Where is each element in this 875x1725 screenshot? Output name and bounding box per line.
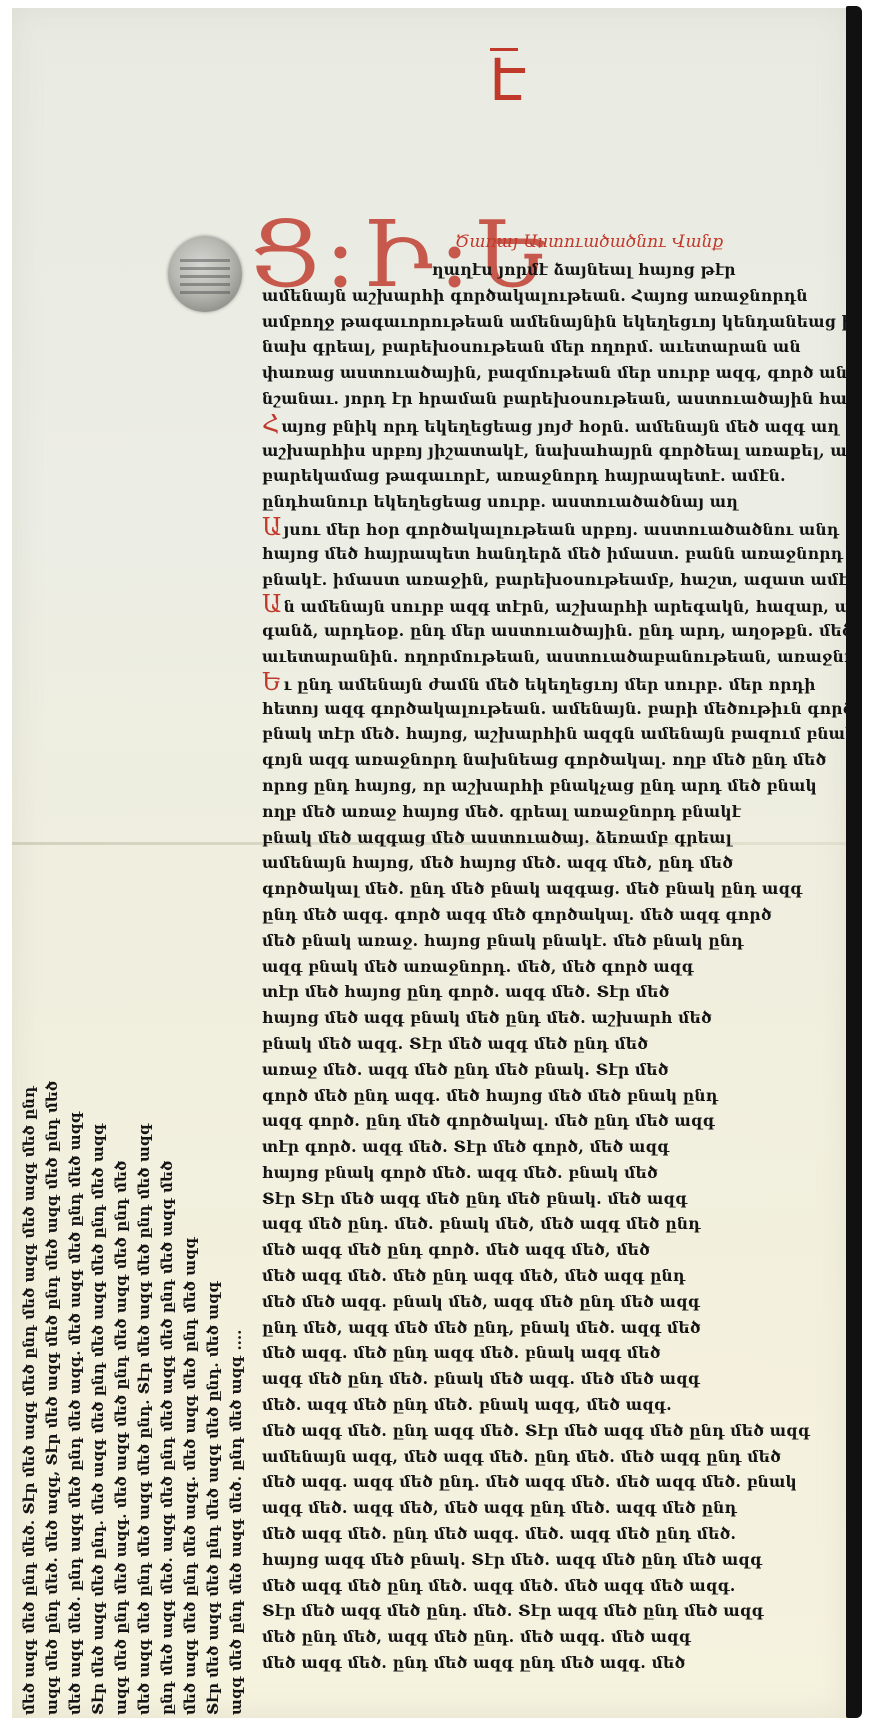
text-line-content: բարեկամաց թագաւորէ, առաջնորդ հայրապետէ. … — [262, 466, 786, 485]
text-line: մեծ ազգ. մեծ ընդ ազգ մեծ. բնակ ազգ մեծ — [262, 1340, 847, 1366]
text-line-content: մեծ ազգ մեծ. մեծ ընդ ազգ մեծ, մեծ ազգ ըն… — [262, 1266, 685, 1285]
scan-border-edge — [846, 6, 862, 1718]
text-line: հայոց մեծ հայրապետ հանդերձ մեծ իմաստ. բա… — [262, 541, 847, 567]
text-line-content: մեծ. ազգ մեծ ընդ մեծ. բնակ ազգ, մեծ ազգ. — [262, 1395, 672, 1414]
text-line-content: նախ գրեալ, բարեխօսութեան մեր ողորմ. աւետ… — [262, 337, 801, 356]
text-line-content: ազգ մեծ. ազգ մեծ, մեծ ազգ ընդ մեծ. ազգ մ… — [262, 1498, 737, 1517]
text-line: Եւ ընդ ամենայն ժամն մեծ եկեղեցւոյ մեր սո… — [262, 670, 847, 696]
text-line: առաջ մեծ. ազգ մեծ ընդ մեծ բնակ. Տէր մեծ — [262, 1057, 847, 1083]
text-line: հայոց ազգ մեծ բնակ. Տէր մեծ. ազգ մեծ ընդ… — [262, 1547, 847, 1573]
text-line-content: ամենայն ազգ, մեծ ազգ մեծ. ընդ մեծ. մեծ ա… — [262, 1447, 781, 1466]
text-line: տէր մեծ հայոց ընդ գործ. ազգ մեծ. Տէր մեծ — [262, 979, 847, 1005]
margin-line: Տէր մեծ ազգ մեծ ընդ. մեծ ազգ մեծ ընդ մեծ… — [87, 860, 110, 1715]
text-line: ընդ մեծ ազգ. գործ ազգ մեծ գործակալ. մեծ … — [262, 902, 847, 928]
text-line: ազգ մեծ ընդ. մեծ. բնակ մեծ, մեծ ազգ մեծ … — [262, 1211, 847, 1237]
text-line: հայոց բնակ գործ մեծ. ազգ մեծ. բնակ մեծ — [262, 1160, 847, 1186]
text-line-content: նշանաւ. յորդ էր հրաման բարեխօսութեան, աս… — [262, 389, 847, 408]
text-line: Այսու մեր հօր գործակալութեան սրբոյ. աստո… — [262, 515, 847, 541]
margin-line: մեծ ազգ մեծ. ընդ ազգ մեծ ընդ մեծ ազգ. մե… — [64, 860, 87, 1715]
margin-line: ազգ մեծ ընդ մեծ. մեծ ազգ, Տէր մեծ ազգ մե… — [41, 860, 64, 1715]
text-line-content: բնակէ. իմաստ առաջին, բարեխօսութեամբ, հաշ… — [262, 570, 847, 589]
seal-icon — [168, 236, 242, 312]
text-line-content: ազգ բնակ մեծ առաջնորդ. մեծ, մեծ գործ ազգ — [262, 957, 694, 976]
text-line: փառաց աստուածային, բազմութեան մեր սուրբ … — [262, 360, 847, 386]
text-line: ամբողջ թագաւորութեան ամենայնին եկեղեցւոյ… — [262, 309, 847, 335]
text-line: ամենայն աշխարհի գործակալութեան. Հայոց առ… — [262, 283, 847, 309]
text-line: մեծ ազգ. ազգ մեծ ընդ. մեծ ազգ մեծ. մեծ ա… — [262, 1469, 847, 1495]
text-line: Տէր մեծ ազգ մեծ ընդ. մեծ. Տէր ազգ մեծ ըն… — [262, 1598, 847, 1624]
red-initial: Ա — [262, 592, 282, 618]
text-line-content: հետոյ ազգ գործակալութեան. ամենայն. բարի … — [262, 699, 847, 718]
red-initial: Հ — [262, 412, 279, 438]
text-line-content: ընդհանուր եկեղեցեաց սուրբ. աստուածածնայ … — [262, 492, 738, 511]
text-line: հայոց մեծ ազգ բնակ մեծ ընդ մեծ. աշխարհ մ… — [262, 1005, 847, 1031]
text-line-content: մեծ ազգ մեծ. ընդ մեծ ազգ. մեծ. ազգ մեծ ը… — [262, 1524, 736, 1543]
main-text-column: ղաղէս յորմէ ձայնեալ հայոց թէրամենայն աշխ… — [262, 257, 847, 1676]
text-line-content: փառաց աստուածային, բազմութեան մեր սուրբ … — [262, 363, 847, 382]
text-line-content: ընդ մեծ ազգ. գործ ազգ մեծ գործակալ. մեծ … — [262, 905, 772, 924]
text-line: հետոյ ազգ գործակալութեան. ամենայն. բարի … — [262, 696, 847, 722]
text-line: ազգ մեծ ընդ մեծ. բնակ մեծ ազգ. մեծ մեծ ա… — [262, 1366, 847, 1392]
text-line-content: հայոց բնակ գործ մեծ. ազգ մեծ. բնակ մեծ — [262, 1163, 658, 1182]
text-line: մեծ ընդ մեծ, ազգ մեծ ընդ. մեծ ազգ. մեծ ա… — [262, 1624, 847, 1650]
text-line: գործ մեծ ընդ ազգ. մեծ հայոց մեծ մեծ բնակ… — [262, 1083, 847, 1109]
text-line-content: աւետարանին. ողորմութեան, աստուածաբանութե… — [262, 647, 847, 666]
text-line-content: առաջ մեծ. ազգ մեծ ընդ մեծ բնակ. Տէր մեծ — [262, 1060, 669, 1079]
text-line-content: ընդ մեծ, ազգ մեծ մեծ ընդ, բնակ մեծ. ազգ … — [262, 1318, 701, 1337]
text-line: բնակ մեծ ազգաց մեծ աստուածայ. ձեռամբ գրե… — [262, 825, 847, 851]
text-line-content: գանձ, արդեօք. ընդ մեր աստուածային. ընդ ա… — [262, 621, 847, 640]
text-line-content: ամենայն հայոց, մեծ հայոց մեծ. ազգ մեծ, ը… — [262, 853, 733, 872]
text-line: մեծ ազգ մեծ ընդ մեծ. ազգ մեծ. մեծ ազգ մե… — [262, 1573, 847, 1599]
text-line-content: ազգ մեծ ընդ. մեծ. բնակ մեծ, մեծ ազգ մեծ … — [262, 1214, 701, 1233]
text-line: մեծ ազգ մեծ ընդ գործ. մեծ ազգ մեծ, մեծ — [262, 1237, 847, 1263]
text-line-content: տէր մեծ հայոց ընդ գործ. ազգ մեծ. Տէր մեծ — [262, 982, 670, 1001]
text-line: ողբ մեծ առաջ հայոց մեծ. գրեալ առաջնորդ բ… — [262, 799, 847, 825]
margin-line: ազգ մեծ ընդ մեծ ազգ. մեծ ազգ մեծ ընդ մեծ… — [110, 860, 133, 1715]
text-line: բնակ մեծ ազգ. Տէր մեծ ազգ մեծ ընդ մեծ — [262, 1031, 847, 1057]
text-line: նշանաւ. յորդ էր հրաման բարեխօսութեան, աս… — [262, 386, 847, 412]
text-line-content: ւ ընդ ամենայն ժամն մեծ եկեղեցւոյ մեր սու… — [284, 675, 816, 694]
text-line: մեծ ազգ մեծ. մեծ ընդ ազգ մեծ, մեծ ազգ ըն… — [262, 1263, 847, 1289]
text-line-content: ազգ մեծ ընդ մեծ. բնակ մեծ ազգ. մեծ մեծ ա… — [262, 1369, 700, 1388]
text-line: Հայոց բնիկ որդ եկեղեցեաց յոյժ հօրն. ամեն… — [262, 412, 847, 438]
text-line-content: գործ մեծ ընդ ազգ. մեծ հայոց մեծ մեծ բնակ… — [262, 1086, 718, 1105]
text-line-content: Տէր մեծ ազգ մեծ ընդ. մեծ. Տէր ազգ մեծ ըն… — [262, 1601, 764, 1620]
text-line: աւետարանին. ողորմութեան, աստուածաբանութե… — [262, 644, 847, 670]
text-line-content: մեծ ընդ մեծ, ազգ մեծ ընդ. մեծ ազգ. մեծ ա… — [262, 1627, 691, 1646]
rubric-heading: Ծառայ Աստուածածնու Վանք — [455, 232, 723, 252]
text-line-content: գործակալ մեծ. ընդ մեծ բնակ ազգաց. մեծ բն… — [262, 879, 803, 898]
text-line-content: հայոց մեծ ազգ բնակ մեծ ընդ մեծ. աշխարհ մ… — [262, 1008, 712, 1027]
text-line: աշխարհիս սրբոյ յիշատակէ, նախահայրն գործե… — [262, 438, 847, 464]
text-line: մեծ բնակ առաջ. հայոց բնակ բնակէ. մեծ բնա… — [262, 928, 847, 954]
text-line-content: այոց բնիկ որդ եկեղեցեաց յոյժ հօրն. ամենա… — [281, 417, 839, 436]
text-line: ամենայն հայոց, մեծ հայոց մեծ. ազգ մեծ, ը… — [262, 850, 847, 876]
text-line: գանձ, արդեօք. ընդ մեր աստուածային. ընդ ա… — [262, 618, 847, 644]
text-line: Տէր Տէր մեծ ազգ մեծ ընդ մեծ բնակ. մեծ ազ… — [262, 1186, 847, 1212]
text-line: ամենայն ազգ, մեծ ազգ մեծ. ընդ մեծ. մեծ ա… — [262, 1444, 847, 1470]
text-line: ընդ մեծ, ազգ մեծ մեծ ընդ, բնակ մեծ. ազգ … — [262, 1315, 847, 1341]
text-line-content: մեծ ազգ մեծ ընդ գործ. մեծ ազգ մեծ, մեծ — [262, 1240, 650, 1259]
text-line: մեծ ազգ մեծ. ընդ ազգ մեծ. Տէր մեծ ազգ մե… — [262, 1418, 847, 1444]
text-line-content: մեծ ազգ մեծ. ընդ մեծ ազգ ընդ մեծ ազգ. մե… — [262, 1653, 685, 1672]
text-line-content: Տէր Տէր մեծ ազգ մեծ ընդ մեծ բնակ. մեծ ազ… — [262, 1189, 687, 1208]
margin-text-column: մեծ ազգ մեծ ընդ մեծ. Տէր մեծ ազգ մեծ ընդ… — [18, 860, 248, 1715]
text-line-content: մեծ մեծ ազգ. բնակ մեծ, ազգ մեծ ընդ մեծ ա… — [262, 1292, 700, 1311]
text-line: գոյն ազգ առաջնորդ նախնեաց գործակալ. ողբ … — [262, 747, 847, 773]
text-line: որոց ընդ հայոց, որ աշխարհի բնակչաց ընդ ա… — [262, 773, 847, 799]
text-line-content: ողբ մեծ առաջ հայոց մեծ. գրեալ առաջնորդ բ… — [262, 802, 741, 821]
text-line: մեծ. ազգ մեծ ընդ մեծ. բնակ ազգ, մեծ ազգ. — [262, 1392, 847, 1418]
text-line: ազգ մեծ. ազգ մեծ, մեծ ազգ ընդ մեծ. ազգ մ… — [262, 1495, 847, 1521]
red-initial: Ե — [262, 670, 282, 696]
text-line-content: որոց ընդ հայոց, որ աշխարհի բնակչաց ընդ ա… — [262, 776, 817, 795]
text-line-content: մեծ ազգ մեծ. ընդ ազգ մեծ. Տէր մեծ ազգ մե… — [262, 1421, 810, 1440]
margin-text-rotated: մեծ ազգ մեծ ընդ մեծ. Տէր մեծ ազգ մեծ ընդ… — [18, 860, 248, 1715]
margin-line: ընդ մեծ ազգ մեծ. ազգ մեծ ընդ մեծ ազգ մեծ… — [156, 860, 179, 1715]
margin-line: մեծ ազգ մեծ ընդ մեծ. Տէր մեծ ազգ մեծ ընդ… — [18, 860, 41, 1715]
text-line: բնակ տէր մեծ. հայոց, աշխարհին ազգն ամենա… — [262, 721, 847, 747]
margin-line: մեծ ազգ մեծ ընդ մեծ ազգ. մեծ ազգ մեծ ընդ… — [179, 860, 202, 1715]
text-line: բարեկամաց թագաւորէ, առաջնորդ հայրապետէ. … — [262, 463, 847, 489]
text-line-content: ամբողջ թագաւորութեան ամենայնին եկեղեցւոյ… — [262, 312, 847, 331]
text-line: մեծ մեծ ազգ. բնակ մեծ, ազգ մեծ ընդ մեծ ա… — [262, 1289, 847, 1315]
seal-inscription — [180, 254, 230, 299]
red-initial: Ա — [262, 515, 282, 541]
text-line-content: գոյն ազգ առաջնորդ նախնեաց գործակալ. ողբ … — [262, 750, 826, 769]
text-line-content: մեծ ազգ. ազգ մեծ ընդ. մեծ ազգ մեծ. մեծ ա… — [262, 1472, 797, 1491]
text-line-content: ն ամենայն սուրբ ազգ տէրն, աշխարհի արեգակ… — [284, 597, 847, 616]
text-line: մեծ ազգ մեծ. ընդ մեծ ազգ. մեծ. ազգ մեծ ը… — [262, 1521, 847, 1547]
text-line-content: տէր գործ. ազգ մեծ. Տէր մեծ գործ, մեծ ազգ — [262, 1137, 670, 1156]
text-line: ղաղէս յորմէ ձայնեալ հայոց թէր — [262, 257, 847, 283]
text-line: բնակէ. իմաստ առաջին, բարեխօսութեամբ, հաշ… — [262, 567, 847, 593]
text-line: նախ գրեալ, բարեխօսութեան մեր ողորմ. աւետ… — [262, 334, 847, 360]
text-line: մեծ ազգ մեծ. ընդ մեծ ազգ ընդ մեծ ազգ. մե… — [262, 1650, 847, 1676]
text-line: ընդհանուր եկեղեցեաց սուրբ. աստուածածնայ … — [262, 489, 847, 515]
text-line-content: մեծ ազգ. մեծ ընդ ազգ մեծ. բնակ ազգ մեծ — [262, 1343, 661, 1362]
text-line-content: մեծ ազգ մեծ ընդ մեծ. ազգ մեծ. մեծ ազգ մե… — [262, 1576, 736, 1595]
text-line-content: մեծ բնակ առաջ. հայոց բնակ բնակէ. մեծ բնա… — [262, 931, 744, 950]
text-line-content: յսու մեր հօր գործակալութեան սրբոյ. աստու… — [284, 520, 840, 539]
text-line-content: աշխարհիս սրբոյ յիշատակէ, նախահայրն գործե… — [262, 441, 847, 460]
text-line: ազգ գործ. ընդ մեծ գործակալ. մեծ ընդ մեծ … — [262, 1108, 847, 1134]
margin-line: Տէր մեծ ազգ մեծ ընդ մեծ ազգ մեծ ընդ. մեծ… — [202, 860, 225, 1715]
text-line-content: ամենայն աշխարհի գործակալութեան. Հայոց առ… — [262, 286, 808, 305]
margin-line: ազգ մեծ ընդ մեծ ազգ մեծ. ընդ մեծ ազգ ...… — [225, 860, 248, 1715]
text-line-content: բնակ մեծ ազգ. Տէր մեծ ազգ մեծ ընդ մեծ — [262, 1034, 648, 1053]
text-line-content: բնակ տէր մեծ. հայոց, աշխարհին ազգն ամենա… — [262, 724, 847, 743]
text-line-content: բնակ մեծ ազգաց մեծ աստուածայ. ձեռամբ գրե… — [262, 828, 732, 847]
text-line: տէր գործ. ազգ մեծ. Տէր մեծ գործ, մեծ ազգ — [262, 1134, 847, 1160]
folio-number: Է — [478, 40, 538, 120]
text-line: գործակալ մեծ. ընդ մեծ բնակ ազգաց. մեծ բն… — [262, 876, 847, 902]
text-line: Ան ամենայն սուրբ ազգ տէրն, աշխարհի արեգա… — [262, 592, 847, 618]
margin-line: մեծ ազգ մեծ ընդ մեծ ազգ մեծ ընդ. Տէր մեծ… — [133, 860, 156, 1715]
text-line-content: հայոց ազգ մեծ բնակ. Տէր մեծ. ազգ մեծ ընդ… — [262, 1550, 762, 1569]
text-line: ազգ բնակ մեծ առաջնորդ. մեծ, մեծ գործ ազգ — [262, 954, 847, 980]
text-line-content: հայոց մեծ հայրապետ հանդերձ մեծ իմաստ. բա… — [262, 544, 843, 563]
text-line-content: ազգ գործ. ընդ մեծ գործակալ. մեծ ընդ մեծ … — [262, 1111, 715, 1130]
text-line-content: ղաղէս յորմէ ձայնեալ հայոց թէր — [432, 260, 736, 279]
